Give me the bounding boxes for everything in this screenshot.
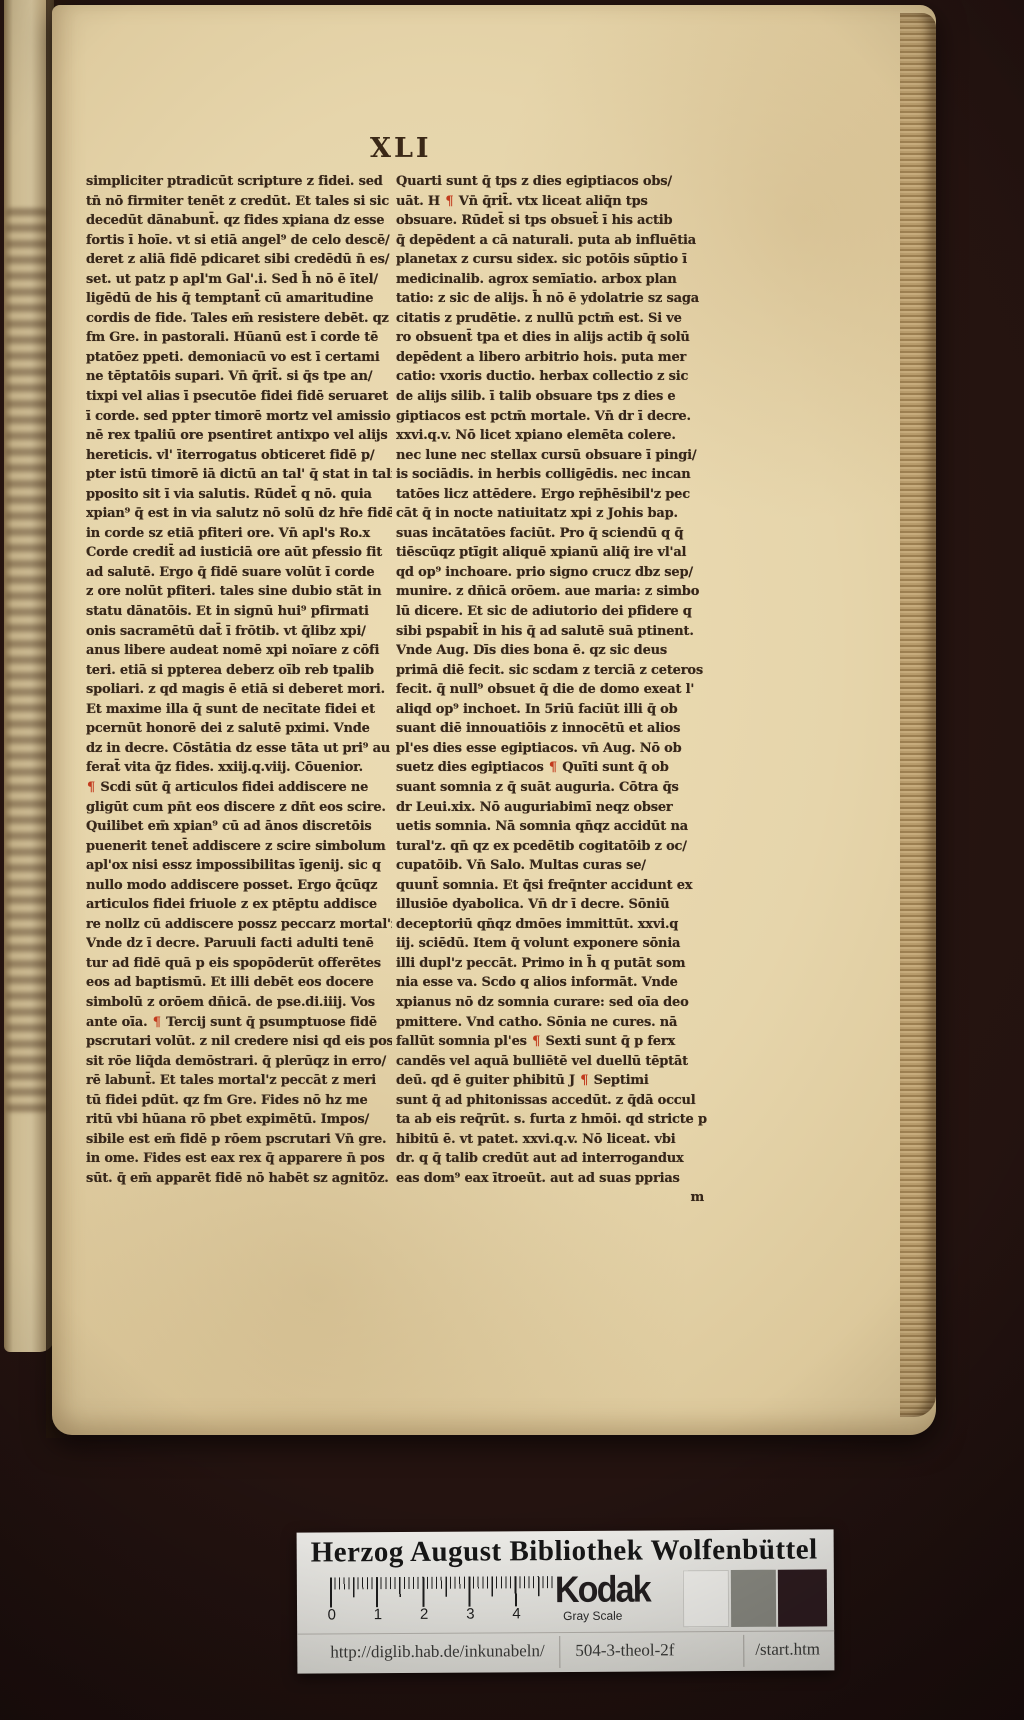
manuscript-text-line: candēs vel aquā bulliētē vel duellū tēpt… (396, 1052, 714, 1072)
start-page-path: /start.htm (755, 1639, 820, 1659)
manuscript-text-line: xxvi.q.v. Nō licet xpiano elemēta colere… (396, 426, 714, 446)
manuscript-text-line: dr Leui.xix. Nō auguriabimī neqz obser (396, 798, 714, 818)
gray-scale-label: Gray Scale (563, 1609, 622, 1623)
quire-signature: m (396, 1188, 714, 1208)
manuscript-text-line: primā diē fecit. sic scdam z terciā z ce… (396, 661, 714, 681)
text-column-right: Quarti sunt q̄ tps z dies egiptiacos obs… (396, 172, 714, 1208)
manuscript-text-line: planetax z cursu sidex. sic potōis sūpti… (396, 250, 714, 270)
manuscript-text-line: anus libere audeat nomē xpi noīare z cōf… (86, 641, 392, 661)
photo-background: XLI simpliciter ptradicūt scripture z fi… (0, 0, 1024, 1720)
manuscript-text-line: giptiacos est pctm̄ mortale. Vn̄ dr ī de… (396, 407, 714, 427)
manuscript-text-line: dz in decre. Cōstātia dz esse tāta ut pr… (86, 739, 392, 759)
manuscript-text-line: catio: vxoris ductio. herbax collectio z… (396, 367, 714, 387)
manuscript-text-line: in ome. Fides est eax rex q̄ apparere n̄… (86, 1149, 392, 1169)
manuscript-text-line: Vnde dz ī decre. Paruuli facti adulti te… (86, 934, 392, 954)
manuscript-text-line: eas dom⁹ eax ītroeūt. aut ad suas pprias (396, 1169, 714, 1189)
manuscript-text-line: pposito sit ī via salutis. Rūdet̄ q nō. … (86, 485, 392, 505)
manuscript-text-line: pter istū timorē iā dictū an tal' q̄ sta… (86, 465, 392, 485)
manuscript-text-line: fm Gre. in pastorali. Hūanū est ī corde … (86, 328, 392, 348)
ruler-number: 2 (420, 1606, 428, 1623)
page-fore-edge (900, 13, 936, 1417)
shelfmark: 504-3-theol-2f (575, 1640, 674, 1661)
manuscript-text-line: nullo modo addiscere posset. Ergo q̄cūqz (86, 876, 392, 896)
manuscript-text-line: pl'es dies esse egiptiacos. vn̄ Aug. Nō … (396, 739, 714, 759)
manuscript-text-line: sibile est em̄ fidē p rōem pscrutari Vn̄… (86, 1130, 392, 1150)
text-column-left: simpliciter ptradicūt scripture z fidei.… (86, 172, 392, 1208)
manuscript-text-line: lū dicere. Et sic de adiutorio dei pfide… (396, 602, 714, 622)
rubric-pilcrow: ¶ (86, 780, 96, 795)
rubric-pilcrow: ¶ (548, 760, 558, 775)
manuscript-text-line: rē labunt̄. Et tales mortal'z peccāt z m… (86, 1071, 392, 1091)
manuscript-text-line: xpian⁹ q̄ est in via salutz nō solū dz h… (86, 504, 392, 524)
manuscript-text-line: ritū vbi hūana rō pbet expimētū. Impos/ (86, 1110, 392, 1130)
rubric-pilcrow: ¶ (579, 1073, 589, 1088)
manuscript-text-line: depēdent a libero arbitrio hois. puta me… (396, 348, 714, 368)
rubric-pilcrow: ¶ (152, 1015, 162, 1030)
manuscript-text-line: simbolū z orōem dn̄icā. de pse.di.iiij. … (86, 993, 392, 1013)
manuscript-text-line: eos ad baptismū. Et illi debēt eos docer… (86, 973, 392, 993)
manuscript-text-line: quunt̄ somnia. Et q̄si freq̄nter accidun… (396, 876, 714, 896)
manuscript-text-line: ad salutē. Ergo q̄ fidē suare volūt ī co… (86, 563, 392, 583)
separator-line (559, 1636, 560, 1668)
manuscript-text-line: pcernūt honorē dei z salutē pximi. Vnde (86, 719, 392, 739)
manuscript-text-line: ī corde. sed ppter timorē mortz vel amis… (86, 407, 392, 427)
manuscript-text-line: suant diē innouatiōis z innocētū et alio… (396, 719, 714, 739)
manuscript-text-line: tū fidei pdūt. qz fm Gre. Fides nō hz me (86, 1091, 392, 1111)
manuscript-text-line: articulos fidei friuole z ex ptēptu addi… (86, 895, 392, 915)
manuscript-text-line: hereticis. vl' īterrogatus obticeret fid… (86, 446, 392, 466)
manuscript-text-line: sibi pspabit̄ in his q̄ ad salutē suā pt… (396, 622, 714, 642)
manuscript-text-line: tixpi vel alias ī psecutōe fidei fidē se… (86, 387, 392, 407)
manuscript-text-line: Quarti sunt q̄ tps z dies egiptiacos obs… (396, 172, 714, 192)
manuscript-text-line: pmittere. Vnd catho. Sōnia ne cures. nā (396, 1013, 714, 1033)
text-block: simpliciter ptradicūt scripture z fidei.… (86, 172, 714, 1208)
source-reference-bar: http://diglib.hab.de/inkunabeln/ 504-3-t… (297, 1630, 834, 1674)
manuscript-text-line: cordis de fide. Tales em̄ resistere debē… (86, 309, 392, 329)
manuscript-text-line: ne tēptatōis supari. Vn̄ q̄rit̄. si q̄s … (86, 367, 392, 387)
rubric-pilcrow: ¶ (531, 1034, 541, 1049)
manuscript-text-line: suas incātatōes faciūt. Pro q̄ sciendū q… (396, 524, 714, 544)
manuscript-text-line: tiēscūqz ptīgit aliquē xpianū aliq̄ ire … (396, 543, 714, 563)
manuscript-text-line: simpliciter ptradicūt scripture z fidei.… (86, 172, 392, 192)
manuscript-text-line: de alijs silib. ī talib obsuare tps z di… (396, 387, 714, 407)
manuscript-text-line: illi dupl'z peccāt. Primo in h̄ q putāt … (396, 954, 714, 974)
manuscript-text-line: suant somnia z q̄ suāt auguria. Cōtra q̄… (396, 778, 714, 798)
manuscript-text-line: fecit. q̄ null⁹ obsuet q̄ die de domo ex… (396, 680, 714, 700)
manuscript-text-line: nec lune nec stellax cursū obsuare ī pin… (396, 446, 714, 466)
manuscript-text-line: spoliari. z qd magis ē etiā si deberet m… (86, 680, 392, 700)
manuscript-text-line: deceptoriū qn̄qz dmōes immittūt. xxvi.q (396, 915, 714, 935)
ruler-number: 3 (466, 1606, 474, 1623)
manuscript-text-line: suetz dies egiptiacos ¶ Quīti sunt q̄ ob (396, 758, 714, 778)
manuscript-text-line: ro obsuent̄ tpa et dies in alijs actib q… (396, 328, 714, 348)
grayscale-patch-white (683, 1570, 729, 1627)
manuscript-text-line: Corde credit̄ ad iusticiā ore aūt pfessi… (86, 543, 392, 563)
manuscript-text-line: teri. etiā si ppterea deberz oīb reb tpa… (86, 661, 392, 681)
manuscript-text-line: Vnde Aug. Dīs dies bona ē. qz sic deus (396, 641, 714, 661)
library-banner: Herzog August Bibliothek Wolfenbüttel 01… (297, 1529, 835, 1673)
library-name: Herzog August Bibliothek Wolfenbüttel (311, 1533, 831, 1569)
manuscript-text-line: ferat̄ vita q̄z fides. xxiij.q.viij. Cōu… (86, 758, 392, 778)
manuscript-text-line: pscrutari volūt. z nil credere nisi qd e… (86, 1032, 392, 1052)
manuscript-text-line: iij. sciēdū. Item q̄ volunt exponere sōn… (396, 934, 714, 954)
manuscript-text-line: fortis ī hoīe. vt si etiā angel⁹ de celo… (86, 231, 392, 251)
folio-number: XLI (370, 133, 432, 164)
manuscript-text-line: puenerit tenet̄ addiscere z scire simbol… (86, 837, 392, 857)
kodak-logo: Kodak (555, 1568, 650, 1611)
manuscript-text-line: hibitū ē. vt patet. xxvi.q.v. Nō liceat.… (396, 1130, 714, 1150)
manuscript-text-line: cupatōib. Vn̄ Salo. Multas curas se/ (396, 856, 714, 876)
manuscript-text-line: q̄ depēdent a cā naturali. puta ab influ… (396, 231, 714, 251)
manuscript-text-line: ¶ Scdi sūt q̄ articulos fidei addiscere … (86, 778, 392, 798)
ruler-number: 1 (374, 1606, 382, 1623)
ruler-number: 4 (512, 1605, 520, 1622)
manuscript-text-line: medicinalib. agrox semīatio. arbox plan (396, 270, 714, 290)
manuscript-text-line: illusiōe dyabolica. Vn̄ dr ī decre. Sōni… (396, 895, 714, 915)
rubric-pilcrow: ¶ (444, 194, 454, 209)
manuscript-text-line: sunt q̄ ad phitonissas accedūt. z q̄dā o… (396, 1091, 714, 1111)
manuscript-text-line: tn̄ nō firmiter tenēt z credūt. Et tales… (86, 192, 392, 212)
manuscript-text-line: ptatōez ppeti. demoniacū vo est ī certam… (86, 348, 392, 368)
manuscript-text-line: cāt q̄ in nocte natiuitatz xpi z Johis b… (396, 504, 714, 524)
manuscript-text-line: tur ad fidē quā p eis spopōderūt offerēt… (86, 954, 392, 974)
manuscript-text-line: set. ut patz p apl'm Gal'.i. Sed h̄ nō ē… (86, 270, 392, 290)
manuscript-text-line: uāt. H ¶ Vn̄ q̄rit̄. vtx liceat aliq̄n t… (396, 192, 714, 212)
manuscript-text-line: re nollz cū addiscere possz peccarz mort… (86, 915, 392, 935)
manuscript-text-line: aliqd op⁹ inchoet. In 5riū faciūt illi q… (396, 700, 714, 720)
source-url: http://diglib.hab.de/inkunabeln/ (330, 1641, 544, 1662)
manuscript-text-line: Et maxime illa q̄ sunt de necītate fidei… (86, 700, 392, 720)
manuscript-text-line: nia esse va. Scdo q alios informāt. Vnde (396, 973, 714, 993)
manuscript-text-line: obsuare. Rūdet̄ si tps obsuet̄ ī his act… (396, 211, 714, 231)
manuscript-text-line: is sociādis. in herbis colligēdis. nec i… (396, 465, 714, 485)
manuscript-text-line: onis sacramētū dat̄ ī frōtib. vt q̄libz … (86, 622, 392, 642)
ruler-icon (330, 1576, 554, 1607)
manuscript-text-line: sit rōe liq̄da demōstrari. q̄ plerūqz in… (86, 1052, 392, 1072)
manuscript-text-line: uetis somnia. Nā somnia qn̄qz accidūt na (396, 817, 714, 837)
manuscript-text-line: Quilibet em̄ xpian⁹ cū ad ānos discretōi… (86, 817, 392, 837)
facing-page-ghost-text (6, 208, 48, 1113)
manuscript-text-line: tatio: z sic de alijs. h̄ nō ē ydolatrie… (396, 289, 714, 309)
manuscript-text-line: ta ab eis req̄rūt. s. furta z hmōi. qd s… (396, 1110, 714, 1130)
manuscript-text-line: decedūt dānabunt̄. qz fides xpiana dz es… (86, 211, 392, 231)
manuscript-text-line: nē rex tpaliū ore psentiret antixpo vel … (86, 426, 392, 446)
manuscript-text-line: apl'ox nisi essz impossibilitas īgenij. … (86, 856, 392, 876)
manuscript-text-line: gligūt cum pn̄t eos discere z dn̄t eos s… (86, 798, 392, 818)
manuscript-text-line: deret z aliā fidē pdicaret sibi credēdū … (86, 250, 392, 270)
manuscript-text-line: citatis z prudētie. z nullū pctm̄ est. S… (396, 309, 714, 329)
manuscript-text-line: statu dānatōis. Et in signū hui⁹ pfirmat… (86, 602, 392, 622)
ruler-number: 0 (328, 1606, 336, 1623)
manuscript-text-line: in corde sz etiā pfiteri ore. Vn̄ apl's … (86, 524, 392, 544)
manuscript-text-line: z ore nolūt pfiteri. tales sine dubio st… (86, 582, 392, 602)
separator-line (743, 1635, 744, 1667)
manuscript-text-line: ligēdū de his q̄ temptant̄ cū amaritudin… (86, 289, 392, 309)
manuscript-text-line: tural'z. qn̄ qz ex pcedētib cogitatōib z… (396, 837, 714, 857)
manuscript-text-line: fallūt somnia pl'es ¶ Sexti sunt q̄ p fe… (396, 1032, 714, 1052)
manuscript-text-line: munire. z dn̄icā orōem. aue maria: z sim… (396, 582, 714, 602)
manuscript-page: XLI simpliciter ptradicūt scripture z fi… (52, 5, 936, 1435)
ruler-scale-numbers: 01234 (330, 1605, 570, 1626)
grayscale-patch-gray (731, 1570, 776, 1627)
manuscript-text-line: tatōes licz attēdere. Ergo rep̄hēsibil'z… (396, 485, 714, 505)
grayscale-patch-dark (778, 1569, 827, 1626)
manuscript-text-line: ante oīa. ¶ Tercij sunt q̄ psumptuose fi… (86, 1013, 392, 1033)
manuscript-text-line: dr. q q̄ talib credūt aut ad interrogand… (396, 1149, 714, 1169)
manuscript-text-line: deū. qd ē guiter phibitū J ¶ Septimi (396, 1071, 714, 1091)
manuscript-text-line: sūt. q̄ em̄ apparēt fidē nō habēt sz agn… (86, 1169, 392, 1189)
manuscript-text-line: qd op⁹ inchoare. prio signo crucz dbz se… (396, 563, 714, 583)
manuscript-text-line: xpianus nō dz somnia curare: sed oīa deo (396, 993, 714, 1013)
